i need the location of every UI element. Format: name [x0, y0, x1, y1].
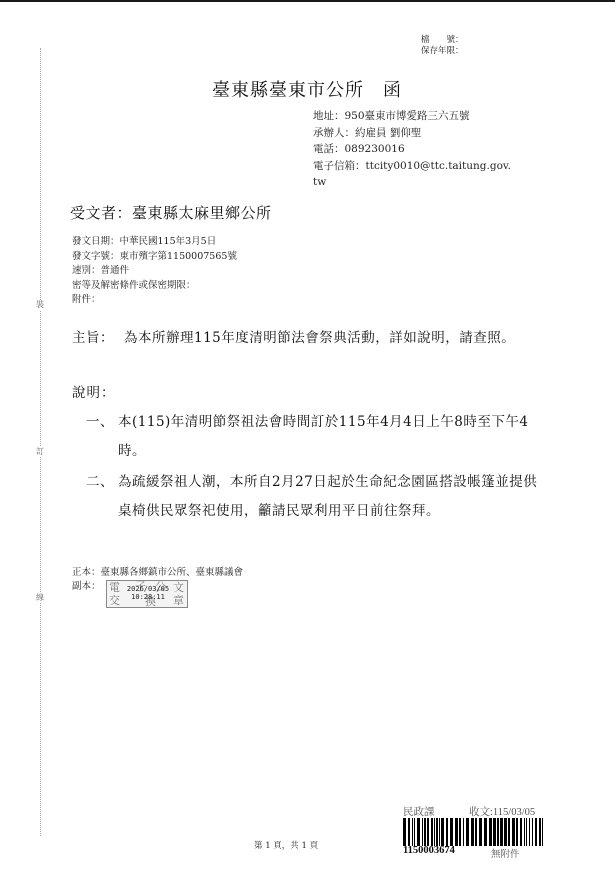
delivery-speed: 速別：普通件: [72, 264, 237, 279]
email-line-2: tw: [313, 174, 548, 191]
stamp-time: 10:28:11: [121, 594, 175, 602]
top-border: [0, 0, 615, 2]
binding-char-ding: 訂: [34, 447, 46, 457]
document-title: 臺東縣臺東市公所 函: [212, 76, 402, 102]
binding-line: [40, 48, 41, 836]
attachment-note: 無附件: [491, 846, 520, 860]
stamp-char: 電: [109, 582, 120, 593]
address: 地址：950臺東市博愛路三六五號: [313, 108, 548, 125]
item-body: 為疏緩祭祖人潮，本所自2月27日起於生命紀念園區搭設帳篷並提供桌椅供民眾祭祀使用…: [118, 468, 548, 526]
electronic-exchange-stamp: 電 子 公 文 交 換 章 2026/03/05 10:28:11: [106, 580, 188, 608]
issue-date: 發文日期：中華民國115年3月5日: [72, 235, 237, 250]
archive-info: 檔 號： 保存年限：: [421, 35, 464, 57]
subject-body: 為本所辦理115年度清明節法會祭典活動，詳如說明，請查照。: [124, 324, 544, 353]
original-recipients: 正本：臺東縣各鄉鎮市公所、臺東縣議會: [72, 566, 243, 580]
attachment: 附件：: [72, 293, 237, 308]
item-number: 一、: [86, 408, 114, 437]
binding-char-zhuang: 裝: [34, 300, 46, 310]
item-body: 本(115)年清明節祭祖法會時間訂於115年4月4日上午8時至下午4時。: [118, 408, 548, 466]
phone: 電話：089230016: [313, 141, 548, 158]
binding-char-xian: 線: [34, 593, 46, 603]
receiving-department: 民政課: [403, 804, 435, 819]
received-date: 收文:115/03/05: [469, 804, 535, 819]
explanation-label: 說明：: [72, 381, 116, 401]
barcode: [403, 818, 545, 846]
issue-meta: 發文日期：中華民國115年3月5日 發文字號：東市殯字第1150007565號 …: [72, 235, 237, 308]
stamp-char: 交: [109, 595, 120, 606]
receipt-label: 民政課 收文:115/03/05 1150003674 無附件: [403, 805, 548, 858]
email-line-1: 電子信箱：ttcity0010@ttc.taitung.gov.: [313, 158, 548, 175]
issue-number: 發文字號：東市殯字第1150007565號: [72, 250, 237, 265]
file-number-label: 檔 號：: [421, 35, 464, 46]
receipt-code: 1150003674: [403, 845, 455, 856]
page-number: 第 1 頁，共 1 頁: [254, 839, 318, 851]
contact-block: 地址：950臺東市博愛路三六五號 承辦人：約雇員 劉仰聖 電話：08923001…: [313, 108, 548, 191]
retention-period-label: 保存年限：: [421, 46, 464, 57]
subject-label: 主旨：: [72, 324, 114, 353]
confidentiality: 密等及解密條件或保密期限：: [72, 279, 237, 294]
recipient: 受文者：臺東縣太麻里鄉公所: [70, 202, 272, 223]
stamp-datetime: 2026/03/05 10:28:11: [121, 586, 175, 601]
item-number: 二、: [86, 468, 114, 497]
handler: 承辦人：約雇員 劉仰聖: [313, 125, 548, 142]
